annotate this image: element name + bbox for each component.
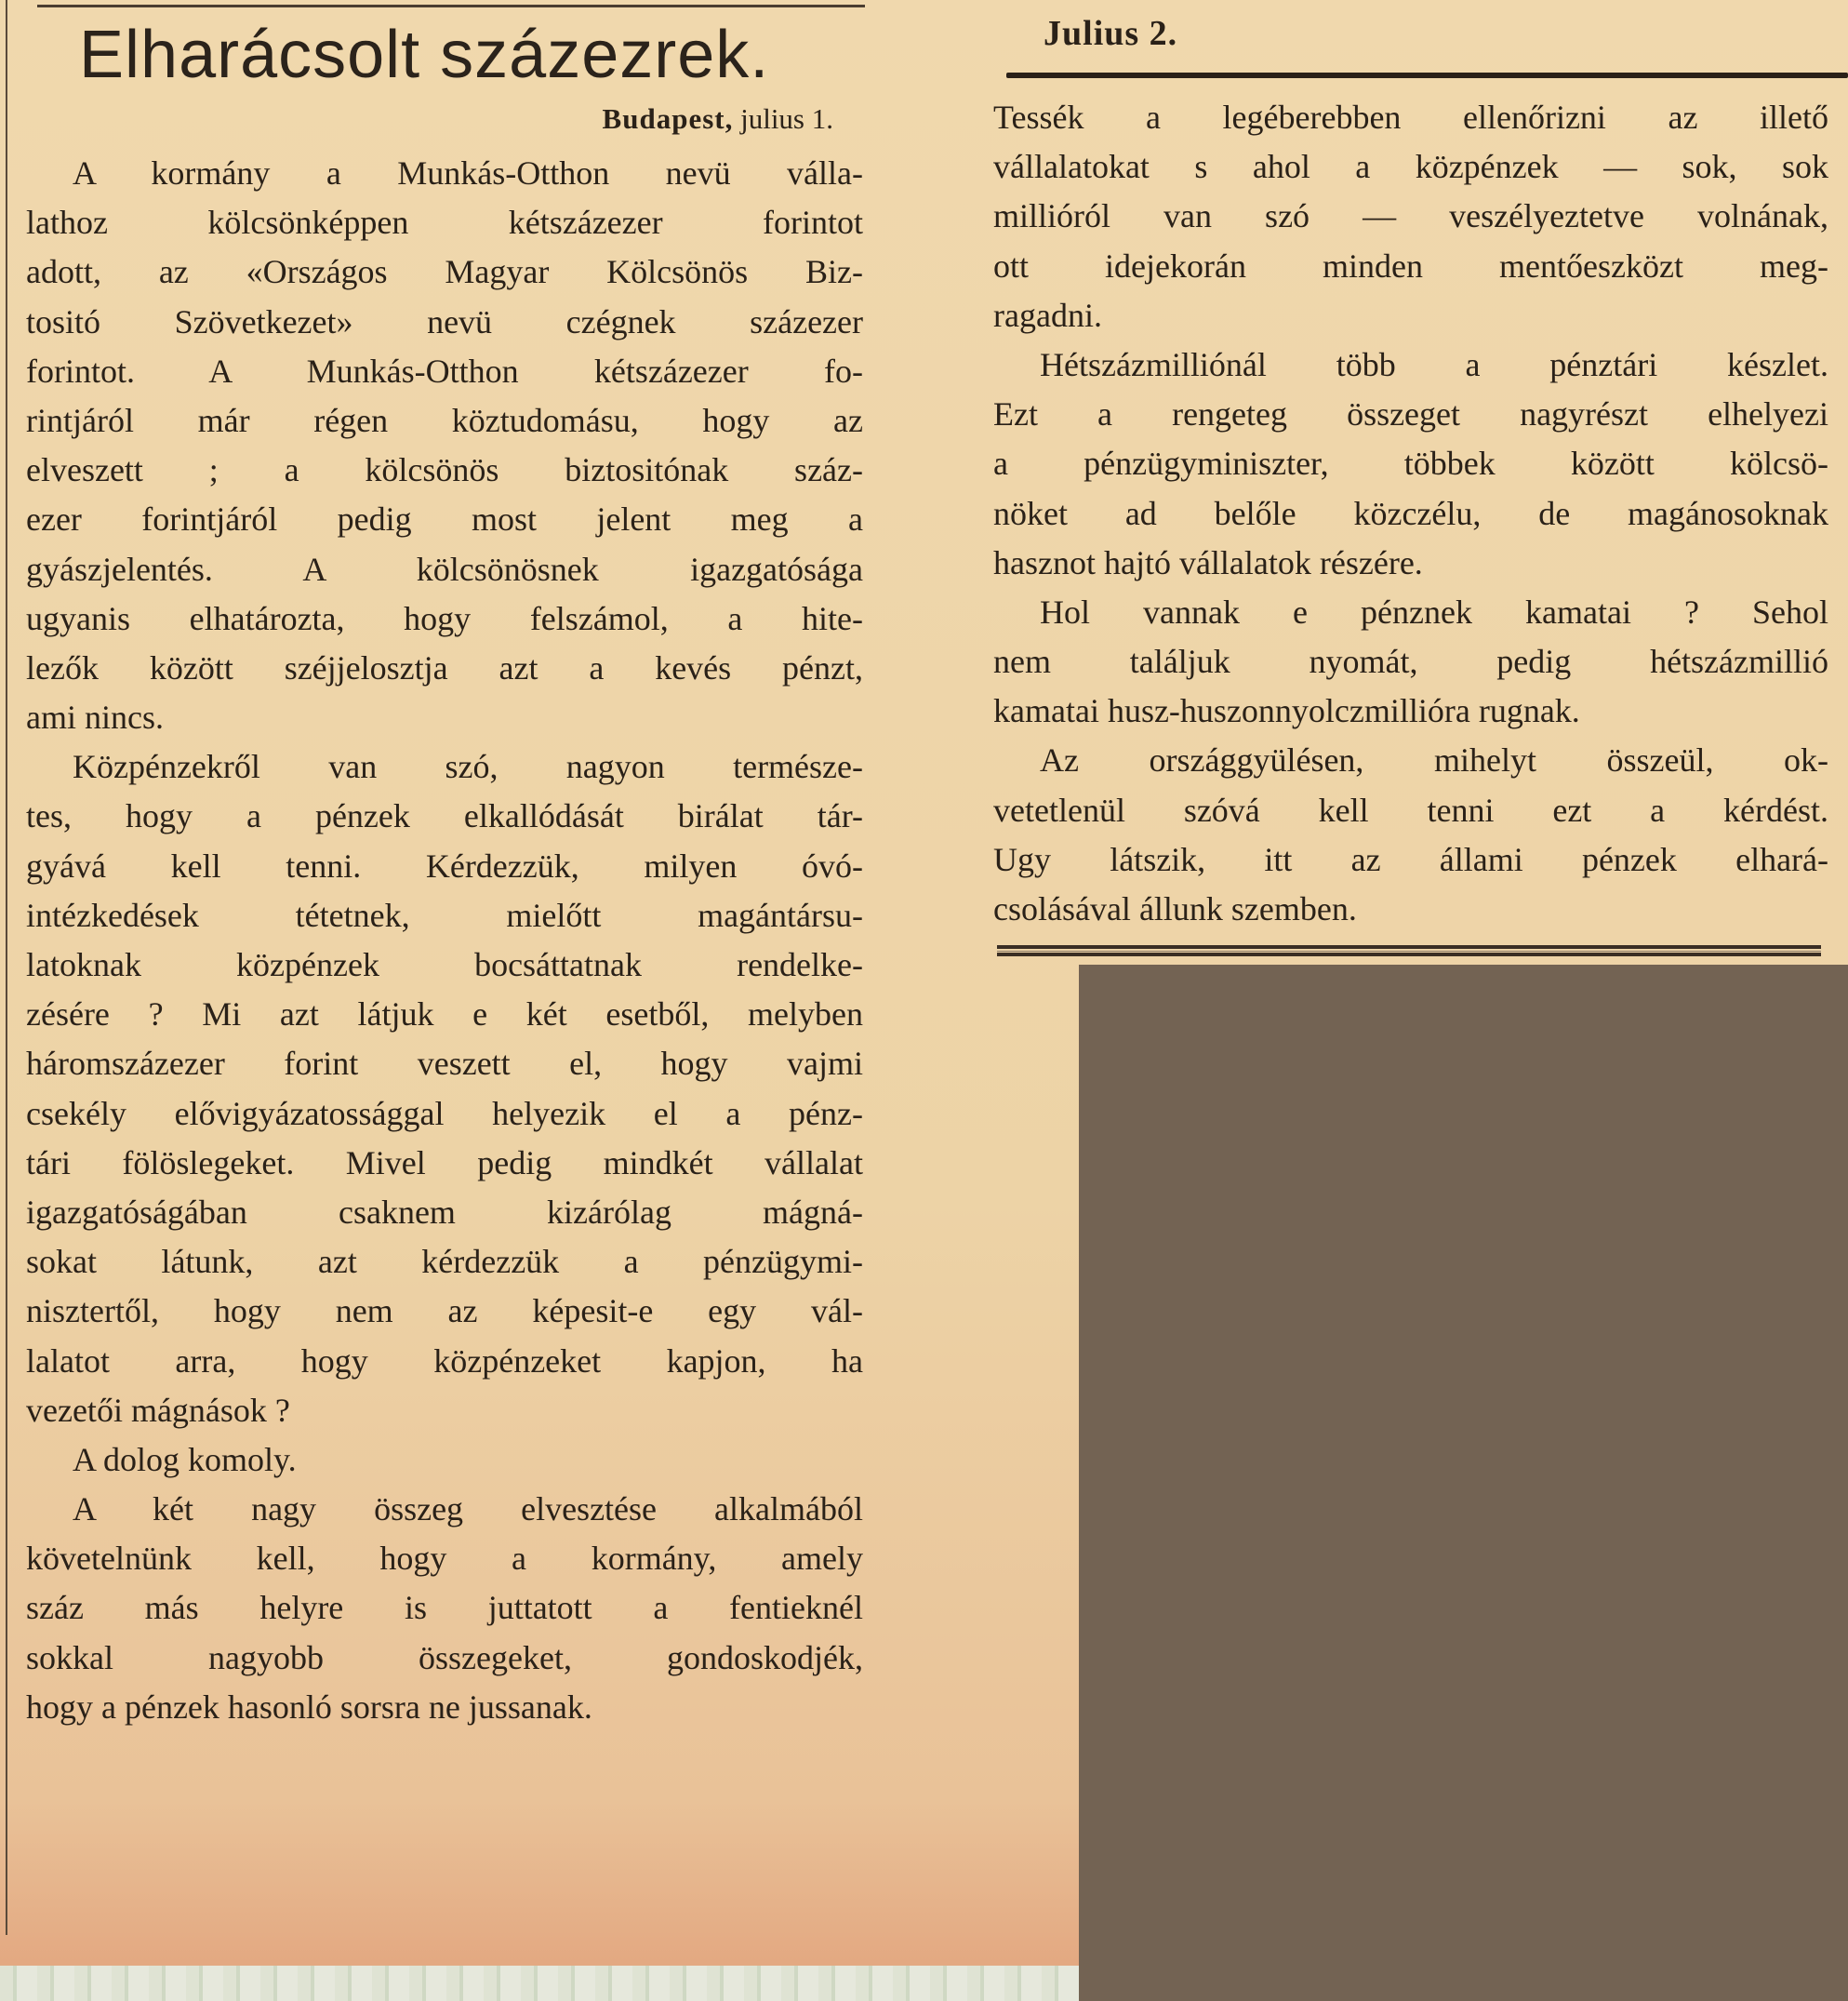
text-line: ugyanis elhatározta, hogy felszámol, a h… — [26, 594, 863, 644]
text-line: hasznot hajtó vállalatok részére. — [993, 539, 1828, 588]
text-line: rintjáról már régen köztudomásu, hogy az — [26, 396, 863, 446]
top-rule — [37, 0, 865, 7]
text-line: Közpénzekről van szó, nagyon természe- — [26, 742, 863, 792]
text-line: gyává kell tenni. Kérdezzük, milyen óvó- — [26, 842, 863, 891]
redacted-block — [1079, 965, 1848, 2001]
text-line: gyászjelentés. A kölcsönösnek igazgatósá… — [26, 545, 863, 594]
text-line: nöket ad belőle közczélu, de magánosokna… — [993, 489, 1828, 539]
text-line: hogy a pénzek hasonló sorsra ne jussanak… — [26, 1683, 863, 1732]
text-line: követelnünk kell, hogy a kormány, amely — [26, 1534, 863, 1583]
text-line: háromszázezer forint veszett el, hogy va… — [26, 1039, 863, 1088]
text-line: zésére ? Mi azt látjuk e két esetből, me… — [26, 990, 863, 1039]
text-line: A kormány a Munkás-Otthon nevü válla- — [26, 149, 863, 198]
column-border-left — [6, 0, 7, 1935]
text-line: elveszett ; a kölcsönös biztositónak szá… — [26, 446, 863, 495]
dateline-date: julius 1. — [733, 102, 833, 135]
dateline: Budapest, julius 1. — [603, 102, 833, 136]
text-line: a pénzügyminiszter, többek között kölcsö… — [993, 439, 1828, 488]
text-line: nisztertől, hogy nem az képesit-e egy vá… — [26, 1287, 863, 1336]
text-line: nem találjuk nyomát, pedig hétszázmillió — [993, 637, 1828, 687]
text-line: A dolog komoly. — [26, 1435, 863, 1485]
dateline-place: Budapest, — [603, 102, 734, 135]
text-line: tositó Szövetkezet» nevü czégnek százeze… — [26, 298, 863, 347]
text-line: csolásával állunk szemben. — [993, 885, 1828, 934]
text-line: vetetlenül szóvá kell tenni ezt a kérdés… — [993, 786, 1828, 835]
text-line: sokat látunk, azt kérdezzük a pénzügymi- — [26, 1237, 863, 1287]
text-line: Hol vannak e pénznek kamatai ? Sehol — [993, 588, 1828, 637]
text-line: lezők között széjjelosztja azt a kevés p… — [26, 644, 863, 693]
text-line: tes, hogy a pénzek elkallódását birálat … — [26, 792, 863, 841]
text-line: latoknak közpénzek bocsáttatnak rendelke… — [26, 940, 863, 990]
text-line: Az országgyülésen, mihelyt összeül, ok- — [993, 736, 1828, 785]
article-title: Elharácsolt százezrek. — [79, 17, 769, 93]
double-rule-divider — [997, 945, 1821, 956]
text-line: csekély elővigyázatossággal helyezik el … — [26, 1089, 863, 1139]
text-line: lalatot arra, hogy közpénzeket kapjon, h… — [26, 1337, 863, 1386]
text-line: Hétszázmilliónál több a pénztári készlet… — [993, 340, 1828, 390]
text-line: ott idejekorán minden mentőeszközt meg- — [993, 242, 1828, 291]
text-line: Ezt a rengeteg összeget nagyrészt elhely… — [993, 390, 1828, 439]
text-line: A két nagy összeg elvesztése alkalmából — [26, 1485, 863, 1534]
text-line: vezetői mágnások ? — [26, 1386, 863, 1435]
text-line: intézkedések tétetnek, mielőtt magántárs… — [26, 891, 863, 940]
text-line: adott, az «Országos Magyar Kölcsönös Biz… — [26, 247, 863, 297]
text-line: forintot. A Munkás-Otthon kétszázezer fo… — [26, 347, 863, 396]
text-line: száz más helyre is juttatott a fentiekné… — [26, 1583, 863, 1633]
text-line: sokkal nagyobb összegeket, gondoskodjék, — [26, 1634, 863, 1683]
text-line: Tessék a legéberebben ellenőrizni az ill… — [993, 93, 1828, 142]
section-date-header: Julius 2. — [1044, 13, 1177, 54]
text-line: tári fölöslegeket. Mivel pedig mindkét v… — [26, 1139, 863, 1188]
text-line: ezer forintjáról pedig most jelent meg a — [26, 495, 863, 544]
scan-edge-strip — [0, 1966, 1079, 2001]
article-body: Tessék a legéberebben ellenőrizni az ill… — [993, 93, 1828, 934]
text-line: ami nincs. — [26, 693, 863, 742]
text-line: lathoz kölcsönképpen kétszázezer forinto… — [26, 198, 863, 247]
text-line: Ugy látszik, itt az állami pénzek elhará… — [993, 835, 1828, 885]
text-line: vállalatokat s ahol a közpénzek — sok, s… — [993, 142, 1828, 192]
text-line: millióról van szó — veszélyeztetve volná… — [993, 192, 1828, 241]
article-body: A kormány a Munkás-Otthon nevü válla-lat… — [26, 149, 863, 1732]
text-line: igazgatóságában csaknem kizárólag mágná- — [26, 1188, 863, 1237]
header-rule — [1006, 73, 1848, 78]
text-line: kamatai husz-huszonnyolczmillióra rugnak… — [993, 687, 1828, 736]
text-line: ragadni. — [993, 291, 1828, 340]
